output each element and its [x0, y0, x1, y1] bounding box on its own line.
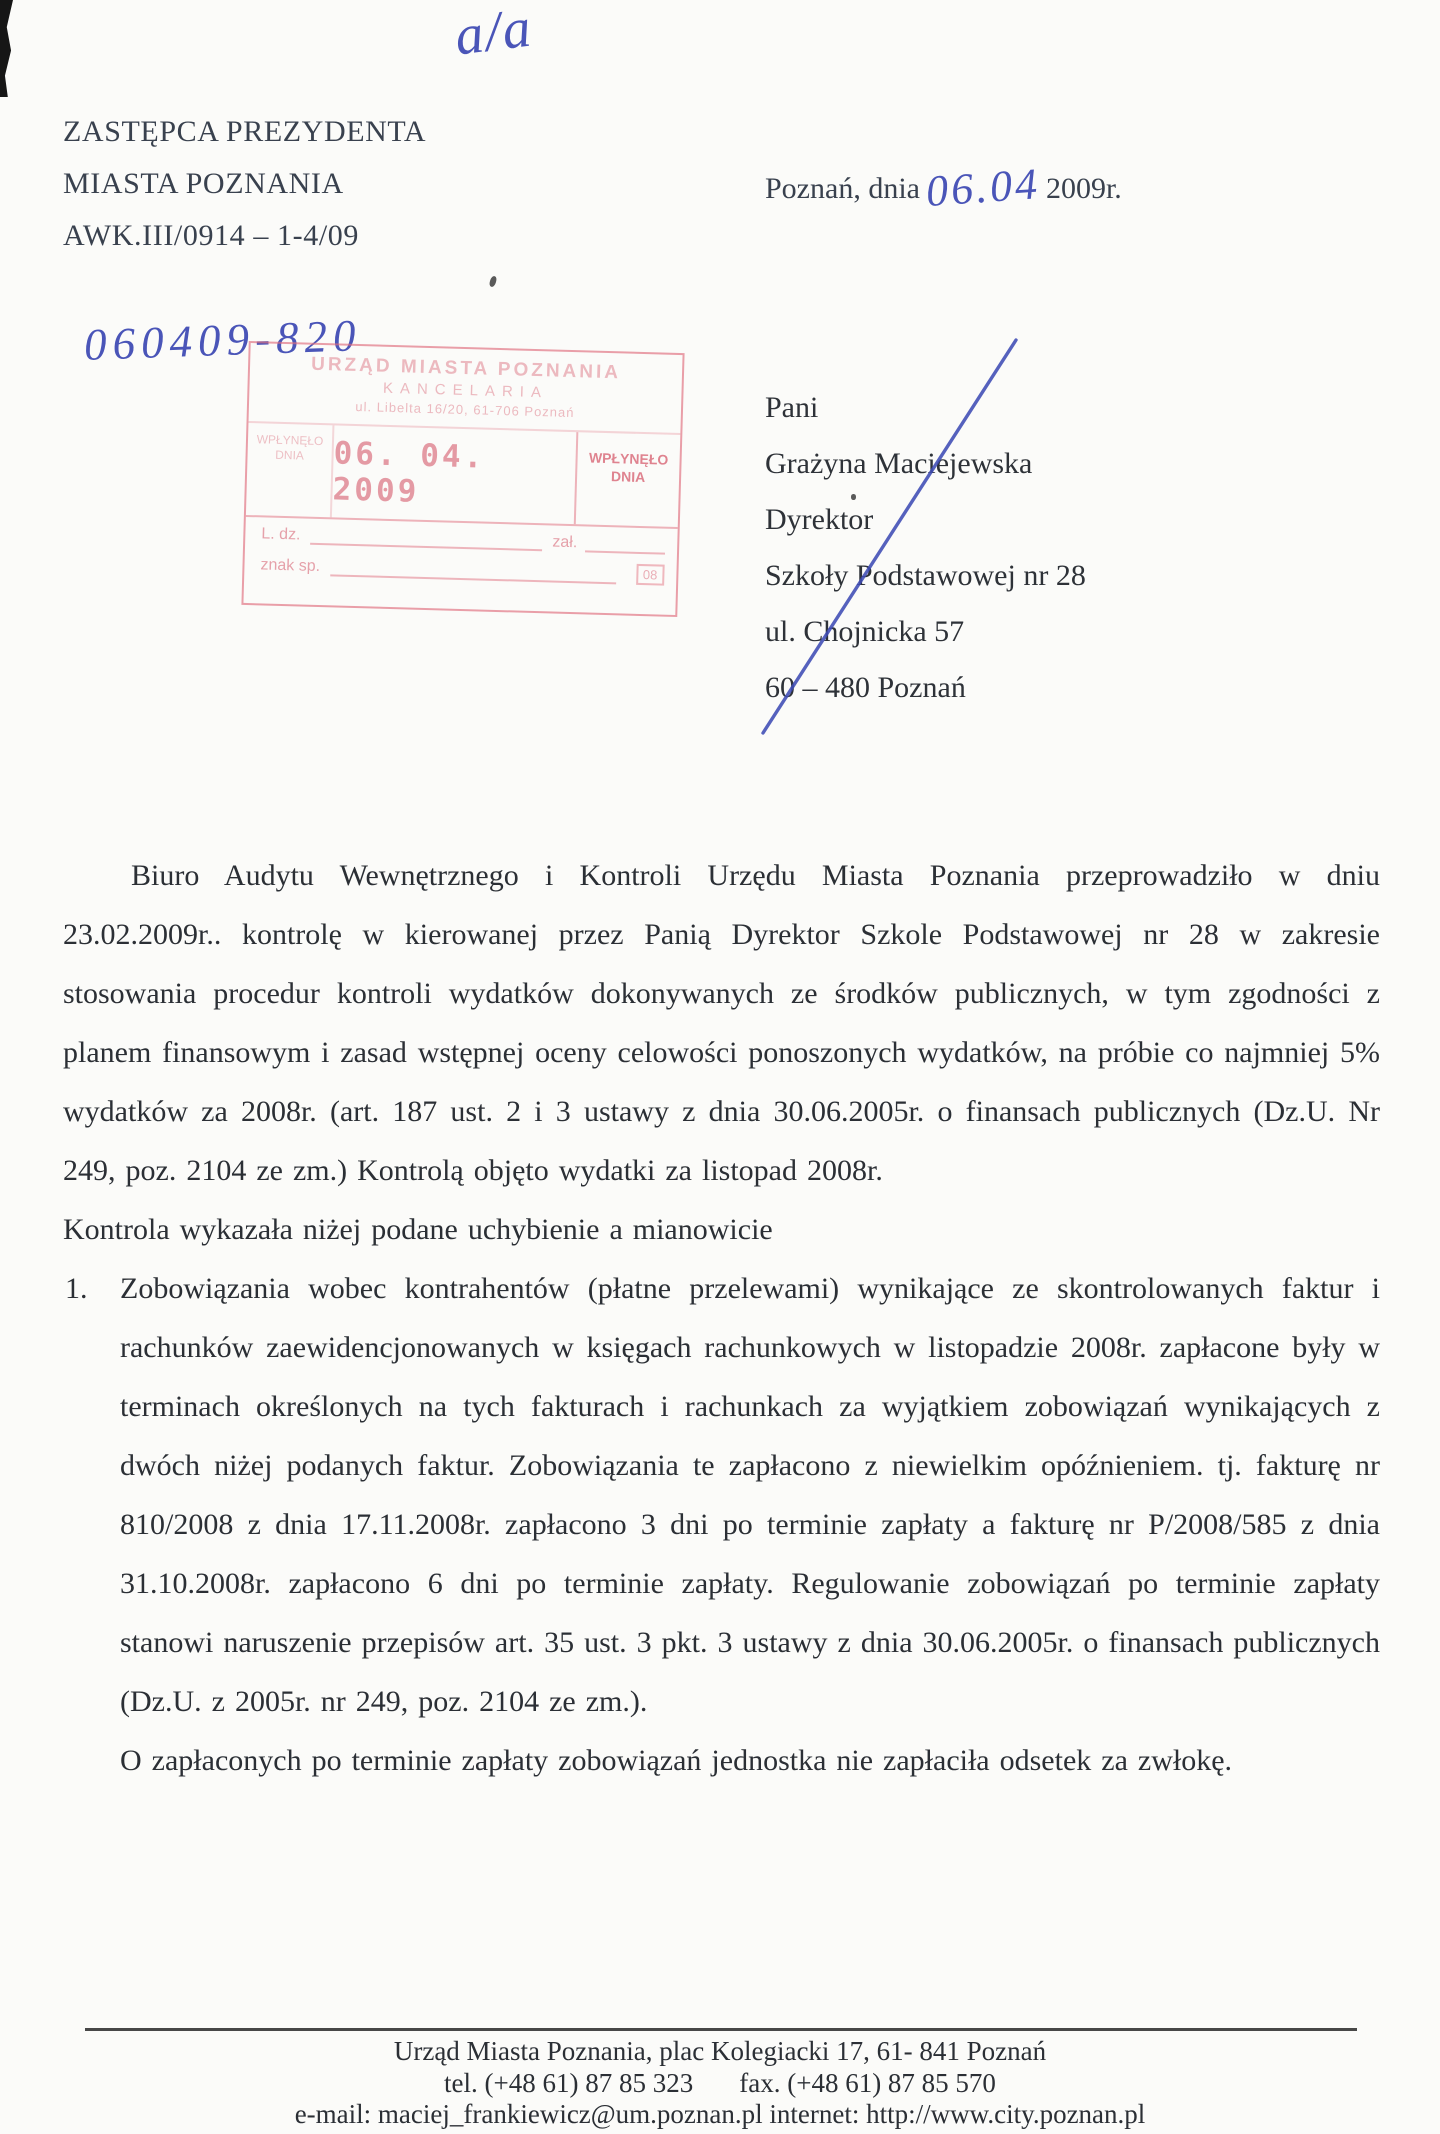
- footer-tel: tel. (+48 61) 87 85 323: [444, 2068, 693, 2098]
- letter-body: Biuro Audytu Wewnętrznego i Kontroli Urz…: [63, 846, 1380, 1790]
- scanned-letter-page: { "annotations": { "aa_note": "a/a", "re…: [0, 0, 1440, 2134]
- recipient-title: Dyrektor: [765, 492, 1086, 548]
- stamp-bottom-rows: L. dz. zał. znak sp. 08: [244, 517, 677, 586]
- stamp-header: URZĄD MIASTA POZNANIA KANCELARIA ul. Lib…: [248, 343, 682, 435]
- stamp-znak-row: znak sp. 08: [260, 553, 664, 585]
- footer-fax: fax. (+48 61) 87 85 570: [739, 2068, 996, 2098]
- stamp-zal-label: zał.: [552, 534, 577, 553]
- handwritten-aa-note: a/a: [451, 0, 536, 68]
- body-numbered-item-1: 1. Zobowiązania wobec kontrahentów (płat…: [63, 1259, 1380, 1731]
- recipient-salutation: Pani: [765, 380, 1086, 436]
- footer-divider: [85, 2028, 1357, 2031]
- body-paragraph-2: Kontrola wykazała niżej podane uchybieni…: [63, 1200, 1380, 1259]
- stamp-blank-line: [330, 560, 616, 584]
- recipient-institution: Szkoły Podstawowej nr 28: [765, 548, 1086, 604]
- sender-title-line1: ZASTĘPCA PREZYDENTA: [63, 106, 426, 158]
- stamp-znak-label: znak sp.: [260, 556, 320, 576]
- scan-speck: [488, 275, 497, 287]
- scan-edge-artifact: [0, 0, 13, 97]
- handwritten-date: 06.04: [924, 158, 1041, 217]
- office-received-stamp: URZĄD MIASTA POZNANIA KANCELARIA ul. Lib…: [241, 341, 684, 617]
- item-number: 1.: [65, 1259, 88, 1318]
- body-paragraph-1: Biuro Audytu Wewnętrznego i Kontroli Urz…: [63, 846, 1380, 1200]
- stamp-number-box: 08: [636, 564, 665, 586]
- stamp-blank-line: [585, 536, 665, 554]
- sender-title-line2: MIASTA POZNANIA: [63, 158, 426, 210]
- sender-block: ZASTĘPCA PREZYDENTA MIASTA POZNANIA AWK.…: [63, 106, 426, 262]
- dateline-year: 2009r.: [1046, 172, 1122, 205]
- recipient-name: Grażyna Maciejewska: [765, 436, 1086, 492]
- recipient-block: Pani Grażyna Maciejewska Dyrektor Szkoły…: [765, 380, 1086, 716]
- item-text: Zobowiązania wobec kontrahentów (płatne …: [120, 1272, 1380, 1718]
- reference-number: AWK.III/0914 – 1-4/09: [63, 210, 426, 262]
- stamp-received-label-faint: WPŁYNĘŁO DNIA: [246, 423, 335, 517]
- stamp-received-label: WPŁYNĘŁO DNIA: [574, 432, 681, 527]
- stamp-ldz-row: L. dz. zał.: [261, 525, 665, 554]
- dateline-prefix: Poznań, dnia: [765, 172, 920, 205]
- footer-block: Urząd Miasta Poznania, plac Kolegiacki 1…: [0, 2036, 1440, 2131]
- recipient-street: ul. Chojnicka 57: [765, 604, 1086, 660]
- stamp-middle-row: WPŁYNĘŁO DNIA 06. 04. 2009 WPŁYNĘŁO DNIA: [246, 423, 680, 529]
- dateline: Poznań, dnia06.042009r.: [765, 158, 1122, 209]
- stamp-received-date: 06. 04. 2009: [332, 425, 576, 524]
- footer-address: Urząd Miasta Poznania, plac Kolegiacki 1…: [0, 2036, 1440, 2068]
- stamp-blank-line: [310, 529, 542, 551]
- body-paragraph-3: O zapłaconych po terminie zapłaty zobowi…: [63, 1731, 1380, 1790]
- footer-tel-fax: tel. (+48 61) 87 85 323fax. (+48 61) 87 …: [0, 2068, 1440, 2100]
- stamp-ldz-label: L. dz.: [261, 525, 301, 544]
- recipient-city: 60 – 480 Poznań: [765, 660, 1086, 716]
- footer-email-internet: e-mail: maciej_frankiewicz@um.poznan.pl …: [0, 2099, 1440, 2131]
